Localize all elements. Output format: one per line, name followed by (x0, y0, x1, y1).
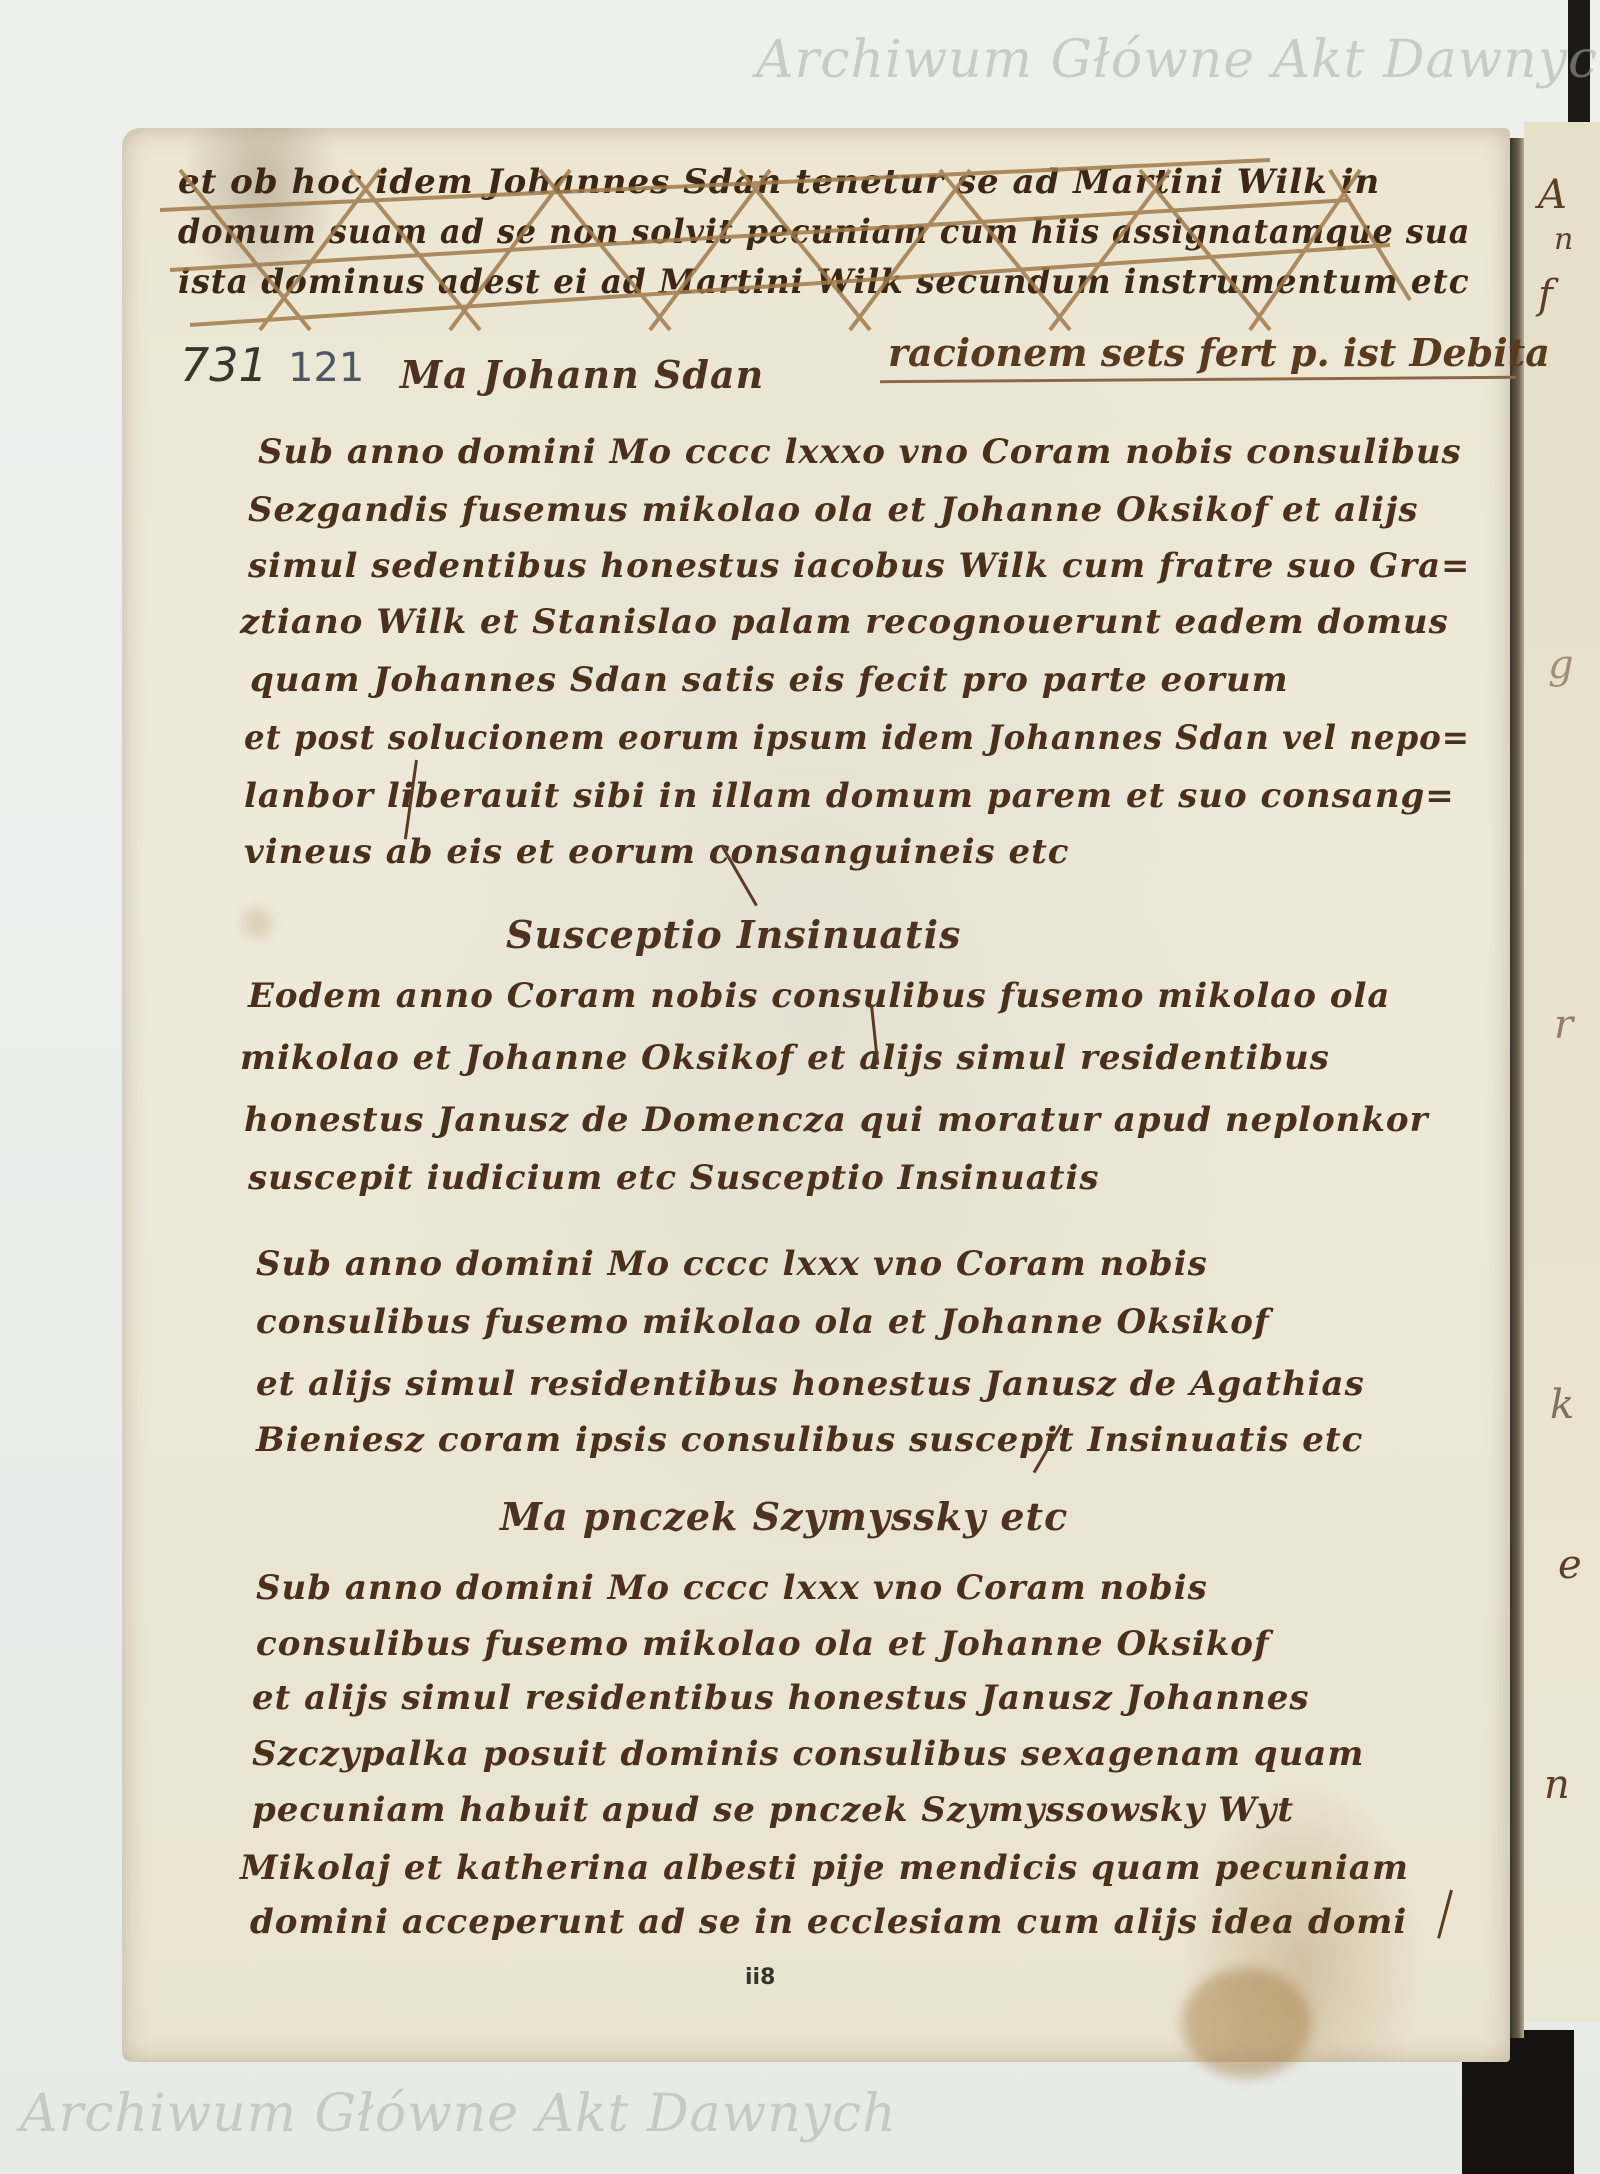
entry-line: mikolao et Johanne Oksikof et alijs simu… (240, 1038, 1330, 1078)
adjacent-glyph: e (1558, 1542, 1582, 1588)
adjacent-glyph: A (1538, 172, 1567, 218)
adjacent-glyph: f (1538, 272, 1553, 318)
leaf-mark: ii8 (745, 1965, 775, 1990)
adjacent-glyph: n (1544, 1762, 1570, 1808)
entry-line: vineus ab eis et eorum consanguineis etc (244, 832, 1070, 872)
entry-line: Szczypalka posuit dominis consulibus sex… (252, 1734, 1364, 1774)
entry-line: simul sedentibus honestus iacobus Wilk c… (248, 546, 1470, 586)
entry-line: ztiano Wilk et Stanislao palam recognoue… (240, 602, 1449, 642)
ink-spot (242, 908, 272, 938)
page-gutter-shadow (1510, 138, 1524, 2038)
cancelled-line: et ob hoc idem Johannes Sdan tenetur se … (178, 162, 1380, 202)
cancelled-line: domum suam ad se non solvit pecuniam cum… (178, 212, 1470, 252)
entry-heading: Susceptio Insinuatis (506, 912, 961, 957)
entry-line: Sub anno domini Mo cccc lxxxo vno Coram … (258, 432, 1462, 472)
entry-line: consulibus fusemo mikolao ola et Johanne… (256, 1302, 1270, 1342)
adjacent-glyph: k (1550, 1382, 1574, 1428)
adjacent-glyph: r (1554, 1002, 1573, 1048)
entry-line: Sub anno domini Mo cccc lxxx vno Coram n… (256, 1244, 1208, 1284)
entry-heading: Ma Johann Sdan (400, 352, 764, 397)
folio-number: 121 (288, 345, 364, 391)
water-stain (1182, 1968, 1312, 2078)
entry-line: pecuniam habuit apud se pnczek Szymyssow… (252, 1790, 1294, 1830)
entry-heading: Ma pnczek Szymyssky etc (500, 1494, 1068, 1539)
entry-line: et post solucionem eorum ipsum idem Joha… (244, 718, 1470, 758)
adjacent-glyph: g (1548, 642, 1574, 688)
margin-note: racionem sets fert p. ist Debita (888, 330, 1550, 375)
entry-line: quam Johannes Sdan satis eis fecit pro p… (250, 660, 1289, 700)
entry-line: consulibus fusemo mikolao ola et Johanne… (256, 1624, 1270, 1664)
entry-line: suscepit iudicium etc Susceptio Insinuat… (248, 1158, 1100, 1198)
entry-line: honestus Janusz de Domencza qui moratur … (244, 1100, 1428, 1140)
entry-line: Sezgandis fusemus mikolao ola et Johanne… (248, 490, 1419, 530)
entry-line: et alijs simul residentibus honestus Jan… (252, 1678, 1310, 1718)
cancelled-line: ista dominus adest ei ad Martini Wilk se… (178, 262, 1470, 302)
entry-line: lanbor liberauit sibi in illam domum par… (244, 776, 1455, 816)
old-folio-number: 731 (180, 338, 268, 392)
entry-line: et alijs simul residentibus honestus Jan… (256, 1364, 1365, 1404)
adjacent-page-edge: A n f g r k e n (1524, 122, 1600, 2022)
archive-watermark-bottom: Archiwum Główne Akt Dawnych (20, 2084, 897, 2144)
entry-line: Sub anno domini Mo cccc lxxx vno Coram n… (256, 1568, 1208, 1608)
archive-watermark-top: Archiwum Główne Akt Dawnych (756, 30, 1600, 90)
entry-line: Mikolaj et katherina albesti pije mendic… (240, 1848, 1409, 1888)
adjacent-glyph: n (1554, 222, 1573, 257)
entry-line: Eodem anno Coram nobis consulibus fusemo… (248, 976, 1390, 1016)
entry-line: domini acceperunt ad se in ecclesiam cum… (250, 1902, 1407, 1942)
entry-line: Bieniesz coram ipsis consulibus suscepit… (256, 1420, 1363, 1460)
